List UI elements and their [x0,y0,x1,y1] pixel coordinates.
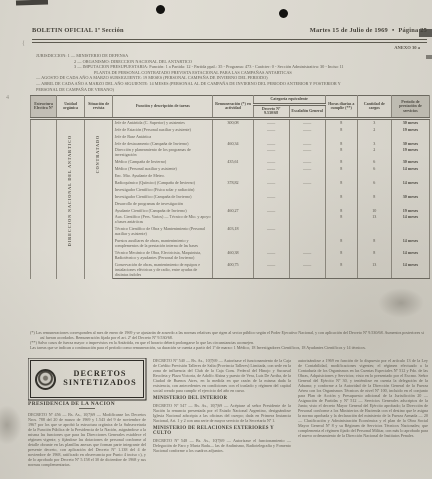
col-header-categoria: Categoría equivalente [253,96,325,105]
category-decreto-cell: —— [253,147,289,159]
task-description-cell: Jefe de Estación (Personal auxiliar y as… [113,127,213,134]
col-header-periodo: Período de prestación de servicios [391,96,429,119]
remuneration-cell [213,194,253,201]
remuneration-cell [213,127,253,134]
col-subheader-escalafon: Escalafón General [289,104,325,118]
task-description-cell: Técnico Mecánico de Obra, Electricista, … [113,250,213,262]
period-cell: 19 meses [391,147,429,159]
period-cell [391,226,429,238]
task-description-cell: Investigador Científico (Física solar y … [113,187,213,194]
remuneration-cell: 460,34 [213,141,253,148]
period-cell: 14 meses [391,180,429,187]
remuneration-cell: 400,75 [213,262,253,279]
remuneration-cell [213,166,253,173]
hours-cell [325,201,357,208]
category-escalafon-cell: —— [289,118,325,126]
decree-paragraph: DECRETO Nº 456 — Bs. As., 10|7|69 — Modi… [28,412,146,467]
margin-mark: { [22,41,25,47]
period-cell: 14 meses [391,262,429,279]
category-escalafon-cell [289,226,325,238]
period-cell: 19 meses [391,208,429,215]
decree-paragraph: autorizándose a 1969 en función de lo di… [298,358,428,438]
remuneration-cell: 403,18 [213,226,253,238]
task-description-cell: Aux. Científico (Pers. Varios) — Técnico… [113,214,213,226]
decrees-column-1: DECRETOS SINTETIZADOS PRESIDENCIA DE LA … [28,358,146,479]
quantity-cell: 6 [357,180,391,187]
text-line: (*) Las remuneraciones corresponden al m… [30,330,427,340]
scan-smudge [16,0,48,6]
table-footnotes: (*) Las remuneraciones corresponden al m… [30,330,427,350]
period-cell: 14 meses [391,214,429,226]
remuneration-cell [213,201,253,208]
col-header-horas: Horas diarias a cumplir (**) [325,96,357,119]
task-description-cell: Médico (Campaña de Invierno) [113,159,213,166]
category-escalafon-cell: —— [289,147,325,159]
period-cell [391,187,429,194]
category-escalafon-cell: —— [289,159,325,166]
task-description-cell: Radioquímico (Químico) (Campaña de Invie… [113,180,213,187]
situacion-revista-vertical-label: CONTRATADO [85,118,113,279]
category-escalafon-cell: —— [289,262,325,279]
scan-smudge [426,55,432,59]
hours-cell: 8 [325,127,357,134]
category-escalafon-cell [289,194,325,201]
task-description-cell: Jefe de Antártida (C. Superior) y asiste… [113,118,213,126]
hours-cell: 8 [325,250,357,262]
decree-paragraph: DECRETO Nº 547 — Bs. As., 10|7|69 — Acép… [153,403,291,423]
period-cell: 30 meses [391,194,429,201]
header-date: Martes 15 de Julio de 1969 [310,27,388,34]
col-header-funcion: Función y descripción de tareas [113,96,213,119]
category-escalafon-cell [289,208,325,215]
task-description-cell: Dirección y planeamiento de los programa… [113,147,213,159]
col-header-estructura: Estructura Electiva Nº [31,96,57,119]
category-escalafon-cell [289,214,325,226]
period-cell [391,201,429,208]
task-description-cell: Conservación de obras, mantenimiento de … [113,262,213,279]
presidencia-heading: PRESIDENCIA DE LA NACION [28,402,146,407]
category-decreto-cell [253,187,289,194]
quantity-cell: 13 [357,262,391,279]
period-cell: 30 meses [391,159,429,166]
remuneration-cell: 460,38 [213,250,253,262]
quantity-cell: 8 [357,238,391,250]
hours-cell [325,226,357,238]
hours-cell: 8 [325,159,357,166]
category-decreto-cell: —— [253,208,289,215]
hours-cell: 8 [325,238,357,250]
hours-cell: 8 [325,208,357,215]
quantity-cell: 6 [357,159,391,166]
hours-cell: 8 [325,166,357,173]
hours-cell: 8 [325,180,357,187]
category-escalafon-cell: —— [289,141,325,148]
remuneration-cell: 378,82 [213,180,253,187]
remuneration-cell: 460,27 [213,208,253,215]
vertical-text: DIRECCION NACIONAL DEL ANTARTICO [68,135,73,246]
quantity-cell: 2 [357,127,391,134]
quantity-cell [357,226,391,238]
registration-dot-icon [156,5,165,14]
quantity-cell: 10 [357,208,391,215]
remuneration-cell: 435,61 [213,159,253,166]
quantity-cell: 8 [357,250,391,262]
period-cell [391,173,429,180]
hours-cell: 8 [325,214,357,226]
task-description-cell: Puestos auxiliares de obras, mantenimien… [113,238,213,250]
period-cell: 14 meses [391,166,429,173]
text-line: PERSONAL DE CAMPAÑA DE VERANO) [36,87,426,93]
decree-paragraph: DECRETO Nº 540 — Bs. As., 10|7|69 — Auto… [153,358,291,393]
category-decreto-cell: —— [253,159,289,166]
period-cell: 19 meses [391,127,429,134]
text-line: Las tareas que se indican a continuación… [30,345,427,350]
quantity-cell: 3 [357,141,391,148]
decretos-sintetizados-box: DECRETOS SINTETIZADOS [30,360,144,398]
category-decreto-cell [253,238,289,250]
header-bullet-icon: • [392,27,394,34]
category-decreto-cell: —— [253,141,289,148]
task-description-cell: Desarrollo de programas de investigación [113,201,213,208]
quantity-cell: 13 [357,214,391,226]
task-description-cell: Técnico Científico de Obra y Mantenimien… [113,226,213,238]
decrees-column-2: DECRETO Nº 540 — Bs. As., 10|7|69 — Auto… [153,358,291,479]
category-decreto-cell: —— [253,127,289,134]
category-escalafon-cell: —— [289,166,325,173]
task-description-cell: Jefe de destacamento (Campaña de Inviern… [113,141,213,148]
hours-cell: 8 [325,147,357,159]
remuneration-cell [213,238,253,250]
category-decreto-cell: —— [253,250,289,262]
ministry-heading: MINISTERIO DE RELACIONES EXTERIORES Y CU… [153,426,291,436]
decrees-section: DECRETOS SINTETIZADOS PRESIDENCIA DE LA … [28,358,428,479]
category-decreto-cell: —— [253,180,289,187]
col-header-situacion: Situación de revista [85,96,113,119]
quantity-cell: 3 [357,118,391,126]
decrees-column-3: autorizándose a 1969 en función de lo di… [298,358,428,479]
hours-cell: 8 [325,262,357,279]
quantity-cell: 8 [357,194,391,201]
heading-separator [79,408,95,409]
margin-mark: 4 [6,95,9,101]
remuneration-cell: 300,08 [213,118,253,126]
quantity-cell: 6 [357,166,391,173]
category-decreto-cell [253,214,289,226]
hours-cell: 8 [325,141,357,148]
decree-paragraph: DECRETO Nº 548 — Bs. As., 10|7|69 — Auto… [153,438,291,453]
quantity-cell [357,173,391,180]
category-escalafon-cell [289,134,325,141]
vertical-text: CONTRATADO [96,135,101,173]
period-cell: 30 meses [391,141,429,148]
hours-cell: 8 [325,194,357,201]
scanned-bulletin-page: 4 { BOLETIN OFICIAL 1ª Sección Martes 15… [0,0,432,479]
category-decreto-cell [253,201,289,208]
scan-stain [0,405,22,445]
quantity-cell [357,187,391,194]
task-description-cell: Jefe de Base Antártica [113,134,213,141]
quantity-cell [357,134,391,141]
task-description-cell: Ayudante Científico (Campaña de Invierno… [113,208,213,215]
category-escalafon-cell [289,187,325,194]
remuneration-cell [213,173,253,180]
unidad-organica-vertical-label: DIRECCION NACIONAL DEL ANTARTICO [57,118,85,279]
decretos-sintetizados-title: DECRETOS SINTETIZADOS [61,370,139,387]
category-escalafon-cell: —— [289,250,325,262]
category-escalafon-cell [289,173,325,180]
table-row: DIRECCION NACIONAL DEL ANTARTICOCONTRATA… [31,118,430,126]
category-decreto-cell: —— [253,194,289,201]
remuneration-cell [213,187,253,194]
personnel-table: Estructura Electiva Nº Unidad orgánica S… [30,95,430,279]
period-cell [391,134,429,141]
col-subheader-decreto: Decreto Nº 9.530/68 [253,104,289,118]
remuneration-cell [213,147,253,159]
task-description-cell: Investigador Científico (Campaña de Invi… [113,194,213,201]
registration-dot-icon [279,9,288,18]
scan-stain [378,288,424,318]
hours-cell [325,187,357,194]
category-decreto-cell: —— [253,166,289,173]
quantity-cell: 2 [357,147,391,159]
category-escalafon-cell: —— [289,127,325,134]
col-header-unidad: Unidad orgánica [57,96,85,119]
category-decreto-cell: —— [253,226,289,238]
period-cell: 14 meses [391,238,429,250]
col-header-cantidad: Cantidad de cargos [357,96,391,119]
annex-label: ANEXO 30 a [394,45,420,50]
bulletin-title: BOLETIN OFICIAL 1ª Sección [32,27,124,34]
remuneration-cell [213,214,253,226]
jurisdiction-preamble: JURISDICCION: 1 — MINISTERIO DE DEFENSA2… [36,53,426,92]
period-cell: 30 meses [391,118,429,126]
category-decreto-cell: —— [253,262,289,279]
task-description-cell: Médico (Personal auxiliar y asistente) [113,166,213,173]
hours-cell [325,134,357,141]
ministry-heading: MINISTERIO DEL INTERIOR [153,396,291,401]
estructura-cell [31,118,57,279]
col-header-remuneracion: Remuneración (*) en actividad [213,96,253,119]
personnel-table-body: DIRECCION NACIONAL DEL ANTARTICOCONTRATA… [31,118,430,279]
task-description-cell: Enc. Mto. Ayudante de Meteo. [113,173,213,180]
header-page-number: Página 25 [398,27,427,34]
category-decreto-cell [253,134,289,141]
category-escalafon-cell [289,238,325,250]
hours-cell [325,173,357,180]
category-escalafon-cell: —— [289,180,325,187]
header-rule [32,39,427,43]
category-decreto-cell: —— [253,118,289,126]
hours-cell: 8 [325,118,357,126]
page-header: BOLETIN OFICIAL 1ª Sección Martes 15 de … [32,27,427,34]
quantity-cell [357,201,391,208]
category-escalafon-cell [289,201,325,208]
remuneration-cell [213,134,253,141]
category-decreto-cell [253,173,289,180]
period-cell: 14 meses [391,250,429,262]
national-emblem-icon [35,369,56,390]
